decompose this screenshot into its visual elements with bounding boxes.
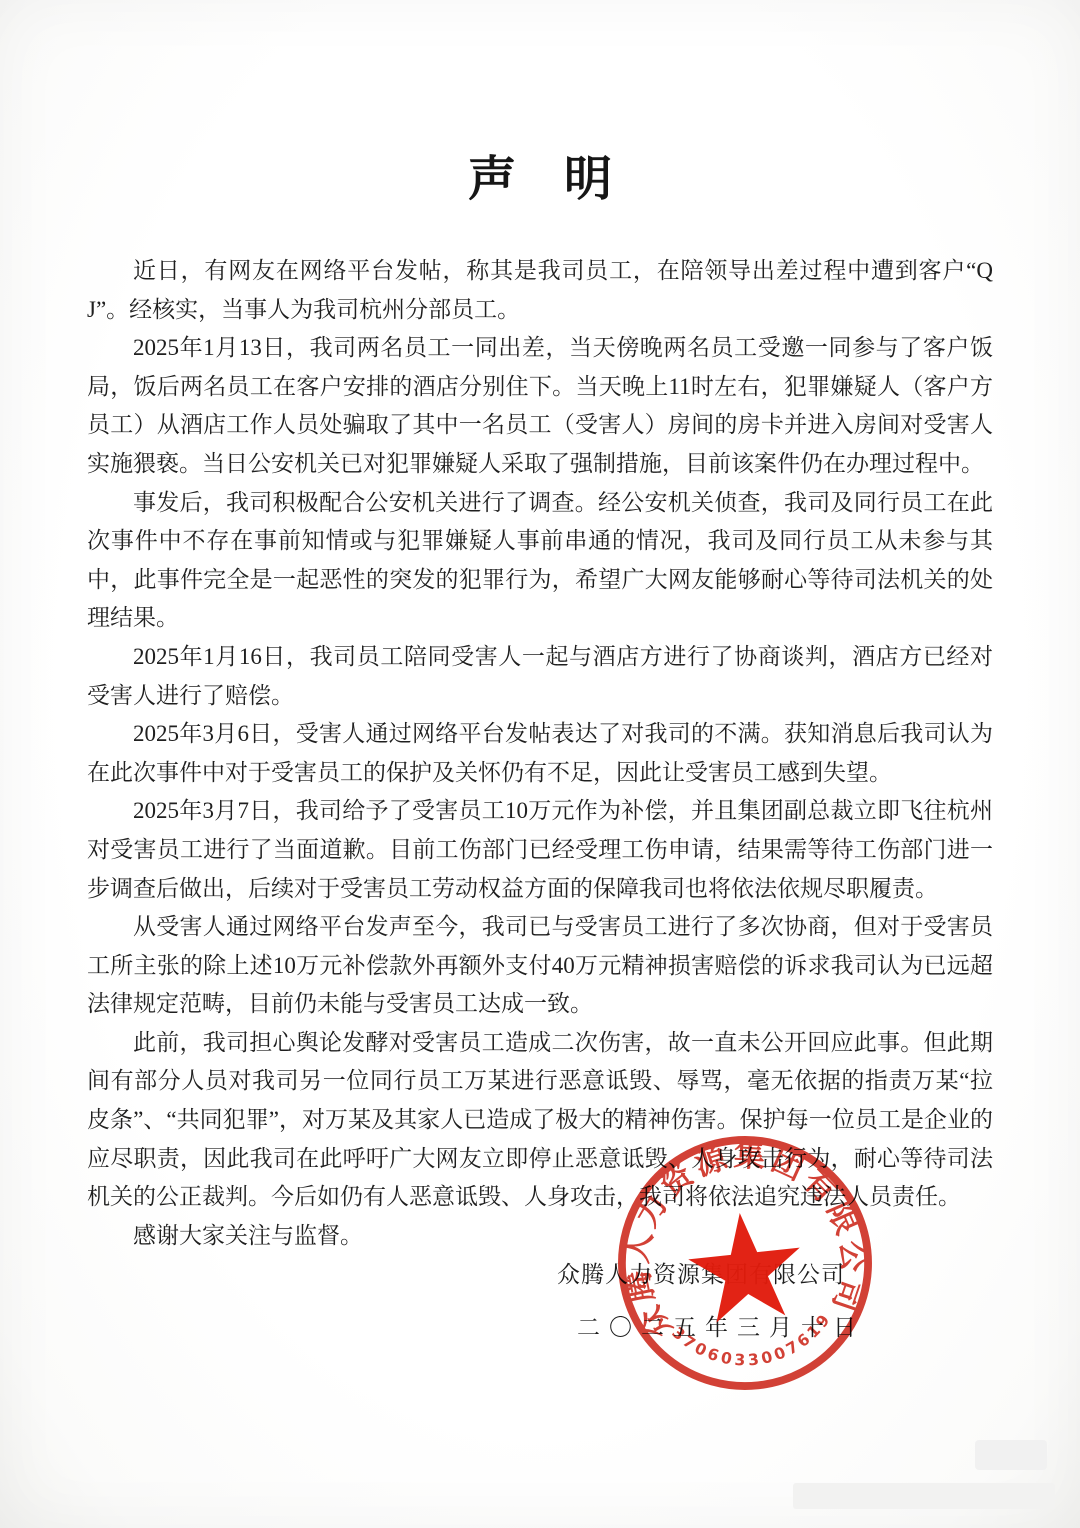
signature-date: 二〇二五年三月十日 bbox=[87, 1311, 993, 1345]
page-title: 声 明 bbox=[0, 0, 1080, 208]
paragraph-negotiation: 2025年1月16日，我司员工陪同受害人一起与酒店方进行了协商谈判，酒店方已经对… bbox=[87, 638, 993, 715]
paragraph-appeal: 此前，我司担心舆论发酵对受害员工造成二次伤害，故一直未公开回应此事。但此期间有部… bbox=[87, 1024, 993, 1217]
paragraph-compensation: 2025年3月7日，我司给予了受害员工10万元作为补偿，并且集团副总裁立即飞往杭… bbox=[87, 792, 993, 908]
paragraph-intro: 近日，有网友在网络平台发帖，称其是我司员工，在陪领导出差过程中遭到客户“QJ”。… bbox=[87, 252, 993, 329]
paragraph-dispute: 从受害人通过网络平台发声至今，我司已与受害员工进行了多次协商，但对于受害员工所主… bbox=[87, 908, 993, 1024]
paragraph-incident: 2025年1月13日，我司两名员工一同出差，当天傍晚两名员工受邀一同参与了客户饭… bbox=[87, 329, 993, 483]
statement-body: 近日，有网友在网络平台发帖，称其是我司员工，在陪领导出差过程中遭到客户“QJ”。… bbox=[87, 252, 993, 1255]
paragraph-complaint: 2025年3月6日，受害人通过网络平台发帖表达了对我司的不满。获知消息后我司认为… bbox=[87, 715, 993, 792]
signature-company: 众腾人力资源集团有限公司 bbox=[87, 1255, 993, 1295]
paragraph-thanks: 感谢大家关注与监督。 bbox=[87, 1217, 993, 1256]
watermark-logo bbox=[975, 1440, 1047, 1470]
watermark-text bbox=[793, 1483, 1055, 1509]
paragraph-investigation: 事发后，我司积极配合公安机关进行了调查。经公安机关侦查，我司及同行员工在此次事件… bbox=[87, 484, 993, 638]
signature-block: 众腾人力资源集团有限公司 二〇二五年三月十日 bbox=[87, 1255, 993, 1345]
statement-document: 声 明 近日，有网友在网络平台发帖，称其是我司员工，在陪领导出差过程中遭到客户“… bbox=[0, 0, 1080, 1528]
